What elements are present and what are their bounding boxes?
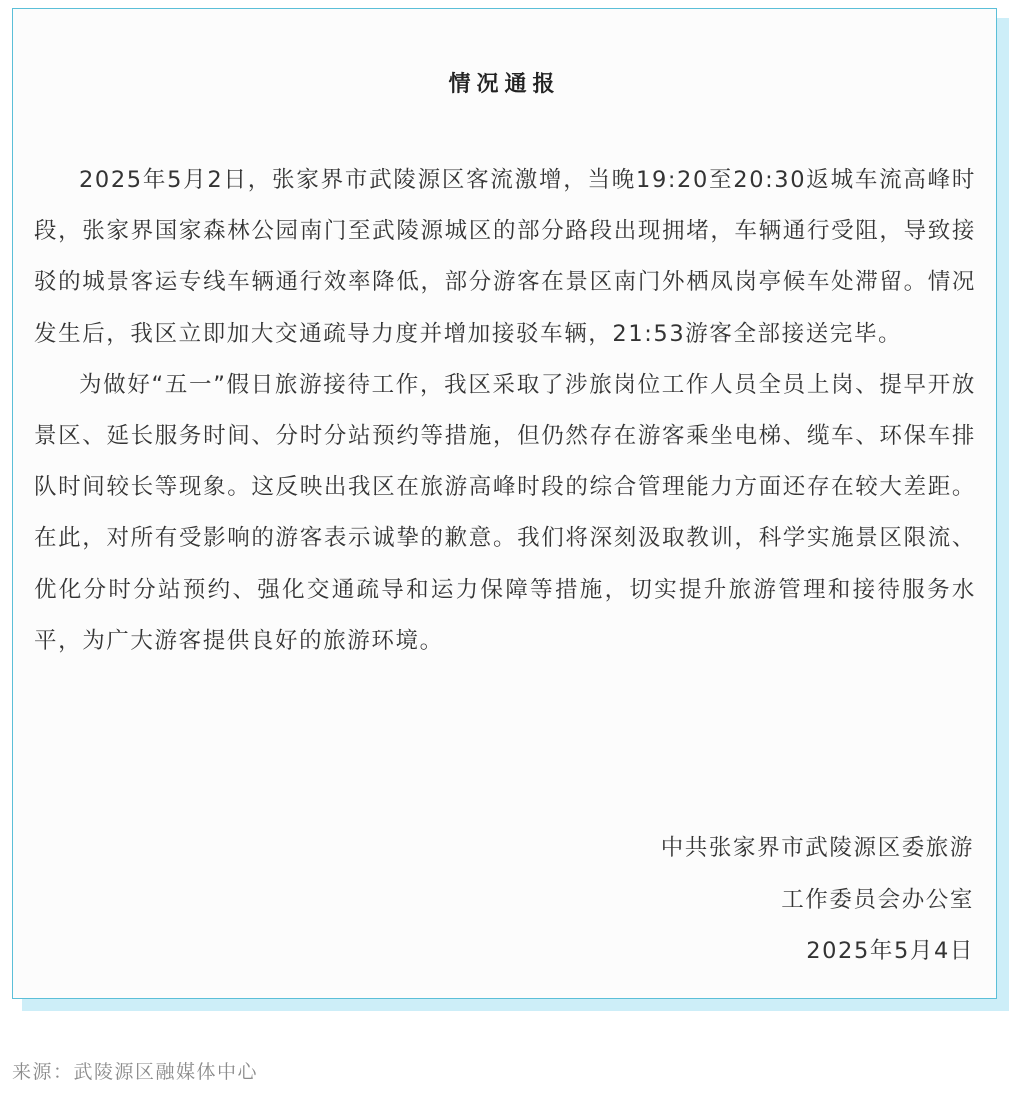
paragraph-apology: 为做好“五一”假日旅游接待工作，我区采取了涉旅岗位工作人员全员上岗、提早开放景区…: [34, 360, 976, 667]
signature-org-line1: 中共张家界市武陵源区委旅游: [661, 823, 974, 875]
source-credit: 来源：武陵源区融媒体中心: [12, 1056, 258, 1088]
signature-date: 2025年5月4日: [661, 926, 974, 978]
signature-org-line2: 工作委员会办公室: [661, 875, 974, 927]
notice-body: 2025年5月2日，张家界市武陵源区客流激增，当晚19:20至20:30返城车流…: [34, 155, 976, 667]
signature-block: 中共张家界市武陵源区委旅游 工作委员会办公室 2025年5月4日: [661, 823, 974, 978]
paragraph-incident: 2025年5月2日，张家界市武陵源区客流激增，当晚19:20至20:30返城车流…: [34, 155, 976, 360]
notice-title: 情况通报: [13, 65, 996, 105]
notice-frame: 情况通报 2025年5月2日，张家界市武陵源区客流激增，当晚19:20至20:3…: [12, 8, 997, 999]
